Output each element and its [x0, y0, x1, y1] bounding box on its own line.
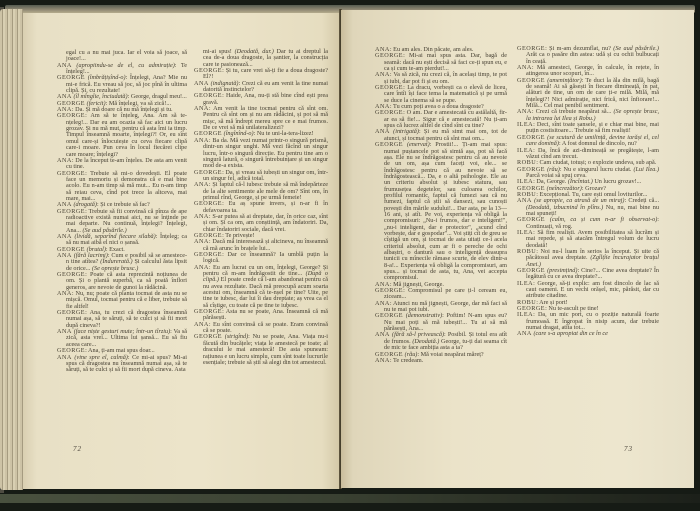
dialogue-paragraph: ANA: Am venit la tine tocmai pentru că s…: [194, 106, 328, 131]
dialogue-paragraph: mi-ai spus! (Deodată, dur.) Dar tu ai dr…: [194, 49, 328, 68]
dialogue-paragraph: ANA (fără să-l privească): Posibil. Și t…: [375, 332, 507, 351]
dialogue-paragraph: ANA: Eu am lucrat cu un om, înțelegi, Ge…: [194, 265, 328, 309]
dialogue-paragraph: ANA (care s-a apropiat din ce în ce: [517, 331, 659, 337]
dialogue-paragraph: ANA: Ba da. Mă vezi numai printr-o singu…: [194, 138, 328, 170]
page-number-left: 72: [73, 445, 82, 453]
dialogue-paragraph: GEORGE (amenințător): Te duci la ăla din…: [517, 78, 659, 110]
dialogue-paragraph: GEORGE: Poate că asta reprezintă noțiune…: [57, 272, 187, 291]
dialogue-paragraph: ANA: Nu, nu; poate că planta tocmai de a…: [57, 291, 187, 310]
text-column: mi-ai spus! (Deodată, dur.) Dar tu ai dr…: [194, 49, 328, 366]
dialogue-paragraph: GEORGE (îmbrățișînd-o): Înțelegi, Ana? M…: [57, 75, 187, 94]
page-left: egal cu a nu mai juca. Iar el voia să jo…: [23, 13, 341, 489]
dialogue-paragraph: GEORGE: O am. Dar e amestecată cu astăla…: [375, 110, 507, 129]
dialogue-paragraph: GEORGE (se scutură de umilință, devine i…: [517, 135, 659, 148]
dialogue-paragraph: GEORGE (presimțind): Cine?... Cine avea …: [517, 268, 659, 281]
text-column: ANA: Eu am ales. Din păcate, am ales.GEO…: [375, 47, 507, 364]
dialogue-paragraph: ANA (face niște gesturi mute; într-un tî…: [57, 329, 187, 348]
dialogue-paragraph: GEORGE (demonstrativ): Poftim! N-am spus…: [375, 313, 507, 332]
dialogue-paragraph: ILEA: George, să-ți explic: am fost dinc…: [517, 281, 659, 300]
dialogue-paragraph: ANA: Și faptul că-l iubesc trebuie să mă…: [194, 182, 328, 201]
dialogue-paragraph: GEORGE: Ana, tu crezi că dragostea însea…: [57, 310, 187, 329]
text-column: GEORGE: Și m-am dezumflat, nu? (Se aud p…: [517, 46, 659, 338]
dialogue-paragraph: GEORGE (strigînd): Nu se poate, Ana. Via…: [194, 334, 328, 366]
page-right: ANA: Eu am ales. Din păcate, am ales.GEO…: [341, 10, 694, 488]
dialogue-paragraph: ANA (se apropie, ca atrasă de un miraj):…: [517, 198, 659, 217]
table-surface: [0, 494, 700, 503]
page-stack-edge: [0, 9, 23, 490]
page-number-right: 73: [624, 445, 633, 453]
dialogue-paragraph: GEORGE: Dar ce înseamnă? Ia umblă puțin …: [194, 252, 328, 265]
dialogue-paragraph: ANA: S-ar putea să ai dreptate, dar, în …: [194, 214, 328, 233]
dialogue-paragraph: GEORGE: Mi-ai mai spus asta. Dar, bagă d…: [375, 53, 507, 72]
dialogue-paragraph: GEORGE: Și m-am dezumflat, nu? (Se aud p…: [517, 46, 659, 65]
dialogue-paragraph: ILEA: Să fim realiști. Avem posibilitate…: [517, 230, 659, 249]
dialogue-paragraph: GEORGE: Trebuie să fii convinsă că pînza…: [57, 209, 187, 234]
dialogue-paragraph: ANA (fără lacrimi): Cum e posibil să se …: [57, 253, 187, 272]
dialogue-paragraph: ANA (vine spre el, calmă): Ce mi-ai spus…: [57, 355, 187, 374]
dialogue-paragraph: GEORGE: La dracu, vorbești ca o elevă de…: [375, 85, 507, 104]
dialogue-paragraph: GEORGE (enervat): Prostii!... Ți-am mai …: [375, 142, 507, 282]
dialogue-paragraph: GEORGE: Compromisul pe care ți-l ceream …: [375, 288, 507, 301]
text-column: egal cu a nu mai juca. Iar el voia să jo…: [57, 50, 187, 374]
open-book-photo: egal cu a nu mai juca. Iar el voia să jo…: [0, 0, 700, 511]
dialogue-paragraph: ILEA: Da, un mic port, cu o poziție natu…: [517, 312, 659, 331]
dialogue-paragraph: GEORGE: Asta nu se poate, Ana. Înseamnă …: [194, 309, 328, 322]
dialogue-paragraph: GEORGE: Trebuie să mi-o dovedești. El po…: [57, 171, 187, 203]
dialogue-paragraph: ROBU: Noi nu-l luam în serios la început…: [517, 249, 659, 268]
dialogue-paragraph: ANA: Te credeam.: [375, 358, 507, 364]
dialogue-paragraph: GEORGE: Am să te înțeleg, Ana. Am să te-…: [57, 113, 187, 157]
